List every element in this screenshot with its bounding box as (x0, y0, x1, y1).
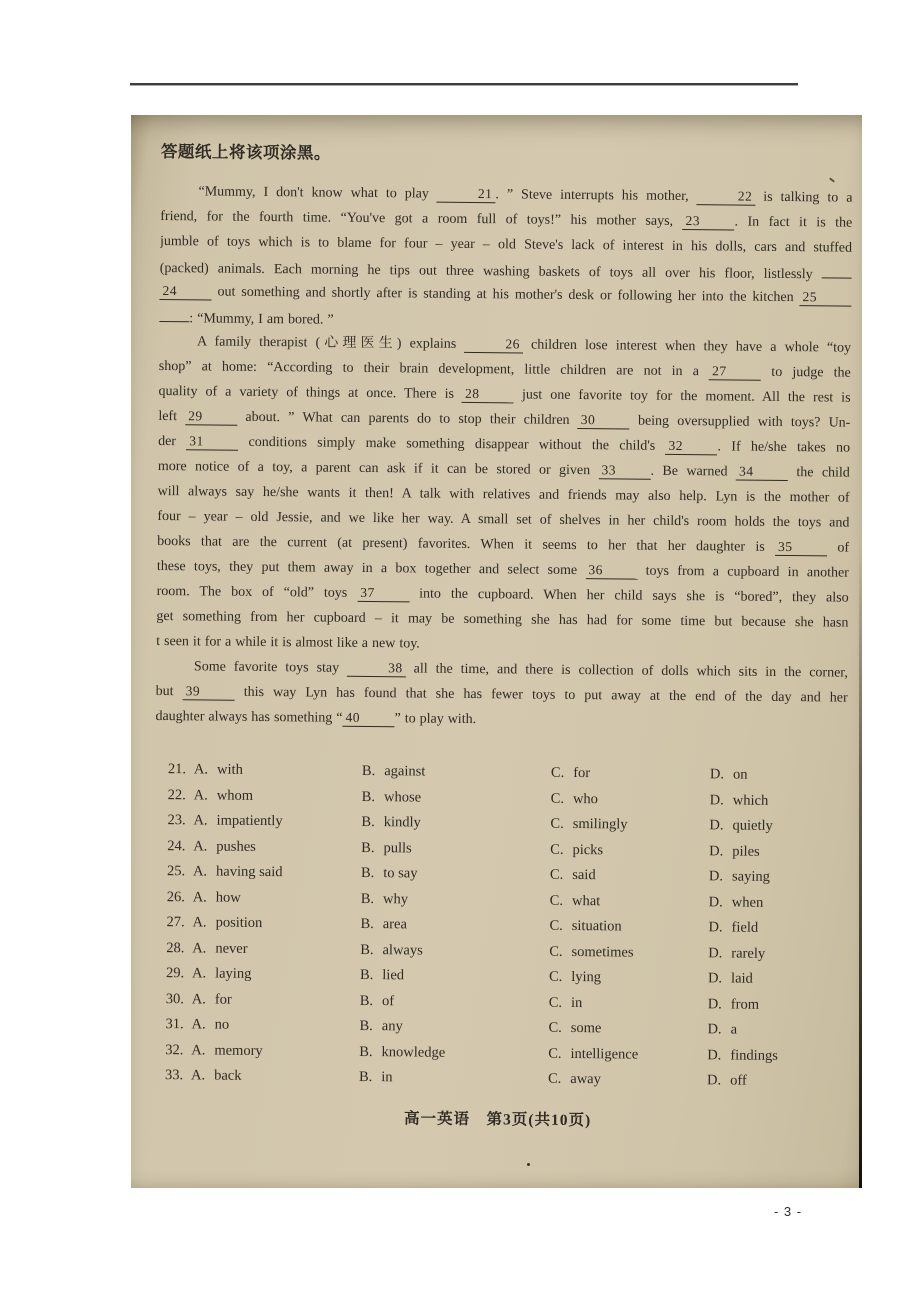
option-word: laying (215, 966, 251, 982)
cloze-blank: 27 (709, 362, 761, 380)
option-word: having said (216, 864, 283, 881)
cloze-blank: 26 (464, 335, 523, 354)
option-letter: B. (360, 916, 373, 932)
option-b: B.always (360, 941, 549, 960)
option-letter: D. (708, 970, 722, 986)
option-d: D.rarely (708, 945, 845, 963)
options-table: 21.A.withB.againstC.forD.on22.A.whomB.wh… (152, 761, 847, 1099)
cloze-blank: 40 (342, 709, 394, 727)
option-letter: D. (708, 996, 722, 1012)
option-word: sometimes (571, 943, 633, 960)
option-c: C.picks (550, 841, 709, 860)
option-b: B.to say (361, 865, 550, 884)
option-c: C.intelligence (548, 1045, 707, 1064)
option-a: A.having said (193, 863, 361, 882)
cloze-blank (159, 304, 189, 322)
question-number: 28. (153, 939, 192, 956)
option-letter: D. (707, 1072, 721, 1088)
option-letter: A. (192, 965, 206, 981)
option-d: D.piles (709, 843, 846, 861)
pdf-page-number: - 3 - (758, 1204, 818, 1219)
option-letter: A. (193, 838, 207, 854)
option-b: B.of (360, 992, 549, 1011)
option-letter: A. (191, 1042, 205, 1058)
question-number: 27. (153, 914, 192, 931)
option-word: saying (732, 869, 770, 885)
option-c: C.who (551, 790, 710, 809)
cloze-blank: 24 (159, 282, 211, 300)
option-word: back (214, 1068, 242, 1084)
cloze-blank: 36 (585, 561, 637, 579)
option-d: D.from (708, 996, 845, 1014)
option-b: B.area (360, 916, 549, 935)
option-word: a (731, 1022, 738, 1038)
option-word: some (571, 1020, 602, 1036)
cloze-blank: 39 (183, 682, 235, 700)
option-d: D.when (709, 894, 846, 912)
option-letter: C. (548, 1045, 561, 1061)
option-letter: B. (361, 839, 374, 855)
option-word: on (733, 767, 748, 783)
option-word: knowledge (381, 1044, 445, 1061)
option-c: C.in (549, 994, 708, 1013)
option-letter: B. (359, 1043, 372, 1059)
option-letter: C. (549, 994, 562, 1010)
cloze-blank: 34 (736, 463, 788, 481)
option-word: in (381, 1069, 392, 1085)
question-number: 33. (152, 1067, 191, 1084)
option-word: any (382, 1018, 403, 1034)
question-number: 32. (152, 1041, 191, 1058)
option-letter: D. (709, 868, 723, 884)
option-c: C.some (548, 1020, 707, 1039)
option-letter: A. (192, 991, 206, 1007)
option-b: B.any (359, 1018, 548, 1037)
paper-content: 答题纸上将该项涂黑。 “Mummy, I don't know what to … (152, 141, 853, 1133)
option-letter: D. (707, 1021, 721, 1037)
option-word: laid (731, 971, 753, 987)
option-word: off (730, 1073, 747, 1089)
option-letter: C. (550, 867, 563, 883)
option-d: D.field (708, 919, 845, 937)
option-c: C.away (548, 1071, 707, 1090)
cloze-blank (822, 260, 852, 278)
option-c: C.what (550, 892, 709, 911)
option-word: always (382, 942, 422, 958)
option-letter: B. (362, 763, 375, 779)
option-letter: B. (362, 788, 375, 804)
option-word: in (571, 994, 582, 1010)
option-letter: A. (191, 1067, 205, 1083)
exam-page-footer: 高一英语 第3页(共10页) (152, 1106, 844, 1133)
option-b: B.knowledge (359, 1043, 548, 1062)
cloze-blank: 38 (347, 659, 406, 678)
option-word: piles (732, 843, 760, 859)
scan-speck (527, 1163, 530, 1166)
option-word: for (573, 765, 590, 781)
cloze-blank: 35 (775, 538, 827, 556)
cloze-blank: 22 (697, 187, 756, 206)
question-number: 21. (155, 761, 194, 778)
option-letter: D. (710, 766, 724, 782)
option-word: away (570, 1071, 601, 1087)
option-letter: B. (361, 890, 374, 906)
option-d: D.findings (707, 1047, 844, 1065)
question-number: 26. (154, 888, 193, 905)
question-number: 24. (154, 837, 193, 854)
option-b: B.in (359, 1069, 548, 1088)
option-letter: D. (709, 843, 723, 859)
option-word: smilingly (573, 816, 628, 833)
option-word: when (732, 894, 764, 910)
cloze-blank: 32 (665, 437, 717, 455)
option-word: kindly (384, 814, 421, 830)
option-word: to say (383, 865, 417, 881)
question-number: 31. (152, 1016, 191, 1033)
option-letter: D. (708, 919, 722, 935)
option-letter: C. (548, 1020, 561, 1036)
option-word: field (732, 920, 759, 936)
option-c: C.said (550, 867, 709, 886)
option-b: B.why (361, 890, 550, 909)
option-letter: C. (549, 943, 562, 959)
option-word: lying (571, 969, 601, 985)
option-letter: A. (191, 1016, 205, 1032)
option-d: D.which (710, 792, 847, 810)
instruction-text: 答题纸上将该项涂黑。 (161, 141, 853, 170)
option-a: A.for (192, 991, 360, 1010)
option-a: A.pushes (193, 838, 361, 857)
option-letter: D. (707, 1047, 721, 1063)
option-c: C.smilingly (550, 816, 709, 835)
option-word: whose (384, 789, 421, 805)
option-word: pushes (216, 838, 256, 854)
option-row: 33.A.backB.inC.awayD.off (152, 1067, 844, 1099)
option-letter: B. (359, 1069, 372, 1085)
option-a: A.back (191, 1067, 359, 1086)
option-a: A.never (192, 940, 360, 959)
option-letter: D. (709, 894, 723, 910)
question-number: 22. (155, 786, 194, 803)
option-letter: A. (193, 889, 207, 905)
cloze-blank: 37 (357, 584, 409, 602)
cloze-passage: “Mummy, I don't know what to play 21. ” … (155, 179, 852, 736)
option-c: C.lying (549, 969, 708, 988)
option-word: for (215, 991, 232, 1007)
option-a: A.how (193, 889, 361, 908)
cloze-blank: 21 (437, 185, 496, 204)
option-word: whom (217, 787, 253, 803)
cloze-blank: 31 (186, 432, 238, 450)
option-letter: B. (359, 1018, 372, 1034)
option-letter: A. (192, 914, 206, 930)
option-word: no (215, 1017, 230, 1033)
option-letter: B. (361, 814, 374, 830)
option-letter: A. (193, 812, 207, 828)
option-letter: C. (549, 969, 562, 985)
option-word: position (216, 915, 263, 931)
option-word: pulls (383, 840, 411, 856)
option-word: said (572, 867, 596, 883)
option-a: A.impatiently (193, 812, 361, 831)
option-a: A.with (194, 761, 362, 780)
option-c: C.for (551, 765, 710, 784)
cloze-blank: 28 (462, 385, 514, 403)
paper-edge-shadow (859, 544, 862, 1188)
separator-rule (130, 83, 798, 86)
option-c: C.situation (549, 918, 708, 937)
option-word: how (216, 889, 241, 905)
question-number: 29. (153, 965, 192, 982)
option-word: who (573, 790, 598, 806)
option-word: from (731, 996, 759, 1012)
option-letter: A. (192, 940, 206, 956)
option-word: with (217, 762, 243, 778)
cloze-blank: 29 (185, 407, 237, 425)
option-word: area (383, 916, 407, 932)
option-word: against (384, 763, 425, 779)
option-word: situation (572, 918, 622, 934)
option-a: A.laying (192, 965, 360, 984)
scan-page-background: { "colors": { "page_bg": "#ffffff", "pap… (0, 0, 920, 1302)
cloze-blank: 30 (578, 411, 630, 429)
option-letter: A. (193, 863, 207, 879)
option-letter: D. (710, 792, 724, 808)
cloze-blank: 33 (598, 461, 650, 479)
option-letter: C. (551, 790, 564, 806)
option-word: of (382, 993, 394, 1009)
option-word: intelligence (570, 1045, 638, 1062)
option-letter: B. (361, 865, 374, 881)
option-d: D.on (710, 766, 847, 784)
option-a: A.no (191, 1016, 359, 1035)
option-word: impatiently (217, 813, 283, 830)
question-number: 25. (154, 863, 193, 880)
cloze-blank: 23 (682, 212, 734, 230)
option-letter: A. (194, 787, 208, 803)
option-letter: A. (194, 761, 208, 777)
question-number: 30. (153, 990, 192, 1007)
cloze-blank: 25 (799, 288, 851, 306)
option-b: B.lied (360, 967, 549, 986)
option-c: C.sometimes (549, 943, 708, 962)
option-d: D.a (707, 1021, 844, 1039)
option-letter: C. (549, 918, 562, 934)
option-letter: D. (708, 945, 722, 961)
option-b: B.kindly (361, 814, 550, 833)
option-word: never (215, 940, 247, 956)
option-letter: C. (550, 892, 563, 908)
option-word: picks (572, 841, 603, 857)
option-word: memory (214, 1042, 262, 1058)
option-word: why (383, 891, 408, 907)
option-d: D.laid (708, 970, 845, 988)
option-a: A.whom (194, 787, 362, 806)
option-letter: B. (360, 992, 373, 1008)
option-letter: C. (551, 765, 564, 781)
option-word: quietly (732, 818, 772, 834)
option-letter: B. (360, 967, 373, 983)
option-word: what (572, 892, 600, 908)
option-letter: D. (709, 817, 723, 833)
option-word: findings (730, 1047, 778, 1063)
option-a: A.position (192, 914, 360, 933)
option-word: lied (382, 967, 404, 983)
option-letter: C. (550, 816, 563, 832)
option-letter: C. (548, 1071, 561, 1087)
option-a: A.memory (191, 1042, 359, 1061)
scanned-exam-paper: 答题纸上将该项涂黑。 “Mummy, I don't know what to … (131, 115, 862, 1188)
option-b: B.against (362, 763, 551, 782)
option-letter: C. (550, 841, 563, 857)
option-d: D.quietly (709, 817, 846, 835)
option-b: B.pulls (361, 839, 550, 858)
option-d: D.saying (709, 868, 846, 886)
option-b: B.whose (362, 788, 551, 807)
option-word: rarely (731, 945, 765, 961)
option-d: D.off (707, 1072, 844, 1090)
question-number: 23. (154, 812, 193, 829)
option-letter: B. (360, 941, 373, 957)
option-word: which (733, 792, 769, 808)
